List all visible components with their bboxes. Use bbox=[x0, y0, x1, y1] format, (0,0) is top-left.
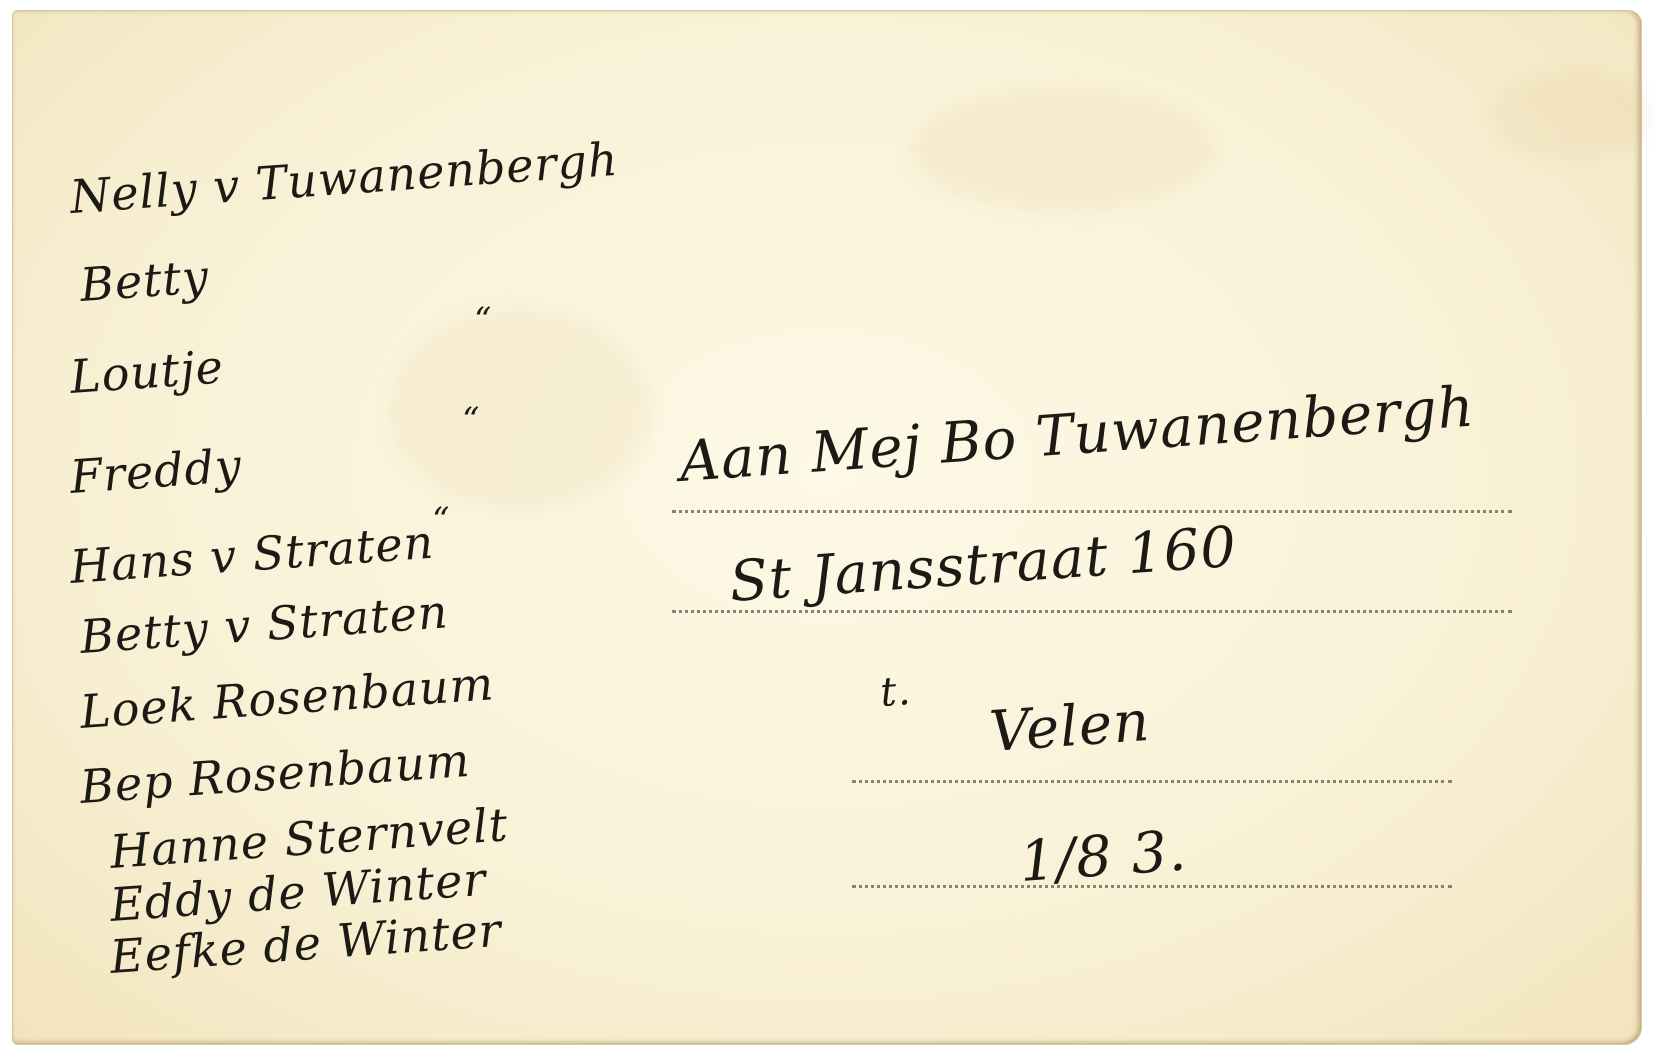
list-item: Betty v Straten bbox=[78, 584, 450, 664]
list-item: Loek Rosenbaum bbox=[78, 656, 496, 739]
paper-stain bbox=[392, 310, 652, 510]
list-item: Hans v Straten bbox=[68, 515, 436, 594]
paper-stain bbox=[912, 90, 1212, 210]
postcard-back: Nelly v Tuwanenbergh Betty Loutje Freddy… bbox=[12, 10, 1642, 1045]
address-prefix: t. bbox=[879, 668, 913, 716]
address-line-guide bbox=[852, 780, 1452, 783]
list-item: Nelly v Tuwanenbergh bbox=[68, 132, 620, 224]
list-item: Bep Rosenbaum bbox=[78, 733, 472, 814]
ditto-mark: “ bbox=[462, 400, 479, 440]
address-line-guide bbox=[672, 610, 1512, 613]
ditto-mark: “ bbox=[432, 500, 449, 540]
address-line-guide bbox=[852, 885, 1452, 888]
paper-stain bbox=[1492, 70, 1652, 160]
address-recipient: Aan Mej Bo Tuwanenbergh bbox=[677, 375, 1476, 495]
ditto-mark: “ bbox=[474, 300, 491, 340]
address-line-guide bbox=[672, 510, 1512, 513]
address-date: 1/8 3. bbox=[1017, 818, 1188, 895]
address-street: St Jansstraat 160 bbox=[727, 515, 1239, 615]
list-item: Loutje bbox=[68, 339, 225, 404]
list-item: Betty bbox=[78, 249, 210, 312]
address-city: Velen bbox=[987, 689, 1152, 765]
list-item: Freddy bbox=[68, 438, 243, 504]
